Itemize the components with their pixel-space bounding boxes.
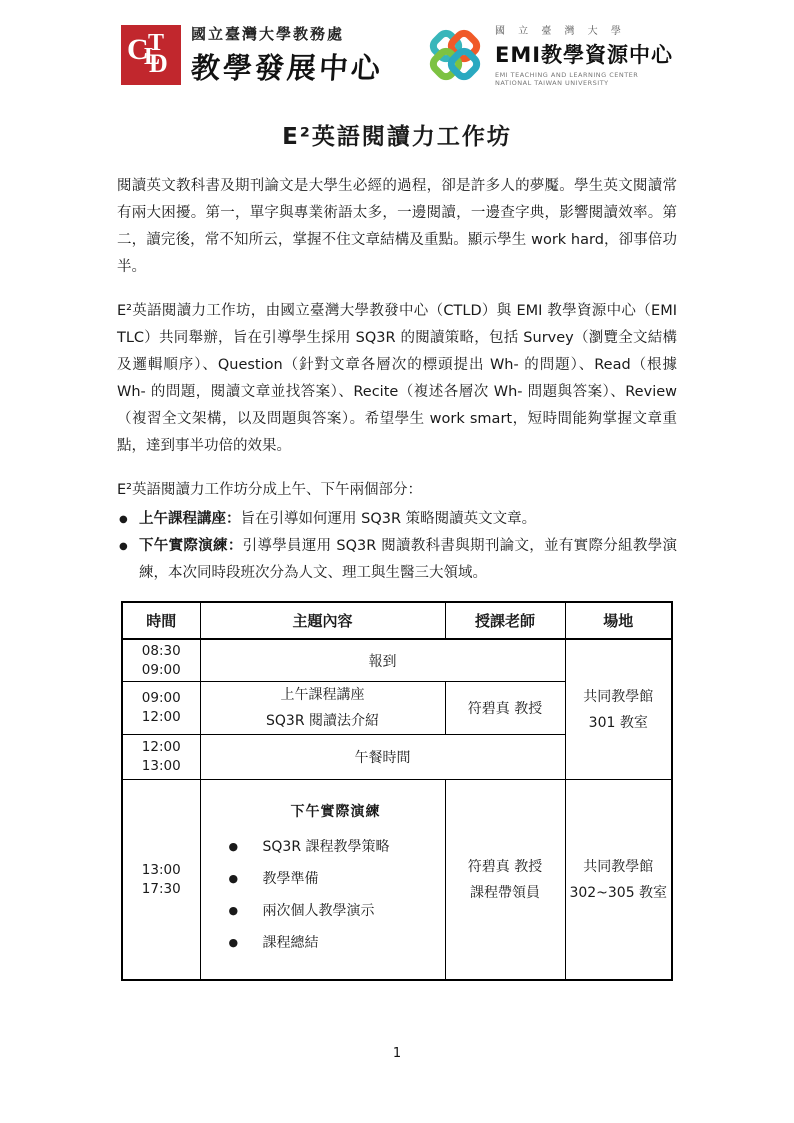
time-cell: 08:30 09:00 [122,639,200,682]
venue-building: 共同教學館 [566,684,672,710]
ctld-center-name: 教學發展中心 [190,46,385,87]
document-page: C T L D 國立臺灣大學教務處 教學發展中心 國 立 臺 灣 大 學 EMI… [0,0,794,1123]
page-number: 1 [0,1046,794,1061]
paragraph-3-intro: E²英語閱讀力工作坊分成上午、下午兩個部分： [117,477,677,504]
ctld-org-name: 國立臺灣大學教務處 [191,23,383,44]
emi-sub-en: EMI TEACHING AND LEARNING CENTER NATIONA… [495,71,673,88]
ctld-logo: C T L D 國立臺灣大學教務處 教學發展中心 [121,23,383,87]
pm-session-items: ●SQ3R 課程教學策略 ●教學準備 ●兩次個人教學演示 ●課程總結 [227,831,445,959]
list-item: ●SQ3R 課程教學策略 [227,831,445,863]
list-item: ●課程總結 [227,927,445,959]
table-row: 08:30 09:00 報到 共同教學館 301 教室 [122,639,672,682]
ctld-letter: D [149,51,168,77]
ctld-logo-text: 國立臺灣大學教務處 教學發展中心 [191,23,383,87]
header-topic: 主題內容 [200,602,445,639]
header-logos: C T L D 國立臺灣大學教務處 教學發展中心 國 立 臺 灣 大 學 EMI… [0,0,794,88]
emi-logo: 國 立 臺 灣 大 學 EMI教學資源中心 EMI TEACHING AND L… [425,22,673,88]
pm-item-text: 兩次個人教學演示 [263,903,375,919]
header-time: 時間 [122,602,200,639]
bullet-lead: 下午實際演練： [139,538,243,554]
topic-cell: 上午課程講座 SQ3R 閱讀法介紹 [200,682,445,735]
bullet-icon: ● [229,895,239,927]
topic-cell: 下午實際演練 ●SQ3R 課程教學策略 ●教學準備 ●兩次個人教學演示 ●課程總… [200,780,445,980]
time-end: 17:30 [123,880,200,899]
venue-building: 共同教學館 [566,854,672,880]
bullet-icon: ● [229,831,239,863]
time-start: 08:30 [123,642,200,661]
header-teacher: 授課老師 [445,602,565,639]
header-venue: 場地 [565,602,672,639]
teacher-cell: 符碧真 教授 課程帶領員 [445,780,565,980]
page-title: E²英語閱讀力工作坊 [0,118,794,151]
bullet-icon: ● [119,533,128,560]
list-item: ● 下午實際演練：引導學員運用 SQ3R 閱讀教科書與期刊論文，並有實際分組教學… [117,533,677,587]
pm-item-text: 教學準備 [263,871,319,887]
list-item: ●兩次個人教學演示 [227,895,445,927]
document-body: 閱讀英文教科書及期刊論文是大學生必經的過程，卻是許多人的夢魘。學生英文閱讀常有兩… [117,173,677,587]
emi-sub-line2: NATIONAL TAIWAN UNIVERSITY [495,79,673,87]
emi-org-name: 國 立 臺 灣 大 學 [495,22,673,37]
time-start: 13:00 [123,861,200,880]
emi-knot-icon [425,25,485,85]
session-bullet-list: ● 上午課程講座：旨在引導如何運用 SQ3R 策略閱讀英文文章。 ● 下午實際演… [117,506,677,587]
table-row: 13:00 17:30 下午實際演練 ●SQ3R 課程教學策略 ●教學準備 ●兩… [122,780,672,980]
time-start: 12:00 [123,738,200,757]
pm-session-title: 下午實際演練 [227,801,445,821]
emi-logo-text: 國 立 臺 灣 大 學 EMI教學資源中心 EMI TEACHING AND L… [495,22,673,88]
bullet-lead: 上午課程講座： [139,511,241,527]
list-item: ●教學準備 [227,863,445,895]
table-header-row: 時間 主題內容 授課老師 場地 [122,602,672,639]
pm-item-text: 課程總結 [263,935,319,951]
bullet-text: 旨在引導如何運用 SQ3R 策略閱讀英文文章。 [241,511,537,527]
venue-room: 302~305 教室 [566,880,672,906]
topic-cell: 午餐時間 [200,735,565,780]
topic-line1: 上午課程講座 [201,682,445,708]
time-start: 09:00 [123,689,200,708]
teacher-line2: 課程帶領員 [446,880,565,906]
paragraph-2: E²英語閱讀力工作坊，由國立臺灣大學教發中心（CTLD）與 EMI 教學資源中心… [117,298,677,460]
emi-sub-line1: EMI TEACHING AND LEARNING CENTER [495,71,673,79]
time-end: 12:00 [123,708,200,727]
list-item: ● 上午課程講座：旨在引導如何運用 SQ3R 策略閱讀英文文章。 [117,506,677,533]
time-cell: 13:00 17:30 [122,780,200,980]
bullet-icon: ● [229,927,239,959]
schedule-table: 時間 主題內容 授課老師 場地 08:30 09:00 報到 共同教學館 301… [121,601,673,981]
teacher-cell: 符碧真 教授 [445,682,565,735]
topic-cell: 報到 [200,639,565,682]
bullet-icon: ● [119,506,128,533]
venue-cell: 共同教學館 301 教室 [565,639,672,780]
time-end: 13:00 [123,757,200,776]
pm-item-text: SQ3R 課程教學策略 [263,839,390,855]
emi-center-name: EMI教學資源中心 [495,39,673,69]
paragraph-1: 閱讀英文教科書及期刊論文是大學生必經的過程，卻是許多人的夢魘。學生英文閱讀常有兩… [117,173,677,281]
venue-cell: 共同教學館 302~305 教室 [565,780,672,980]
bullet-icon: ● [229,863,239,895]
topic-line2: SQ3R 閱讀法介紹 [201,708,445,734]
time-cell: 12:00 13:00 [122,735,200,780]
time-cell: 09:00 12:00 [122,682,200,735]
venue-room: 301 教室 [566,710,672,736]
teacher-line1: 符碧真 教授 [446,854,565,880]
time-end: 09:00 [123,661,200,680]
ctld-logo-icon: C T L D [121,25,181,85]
